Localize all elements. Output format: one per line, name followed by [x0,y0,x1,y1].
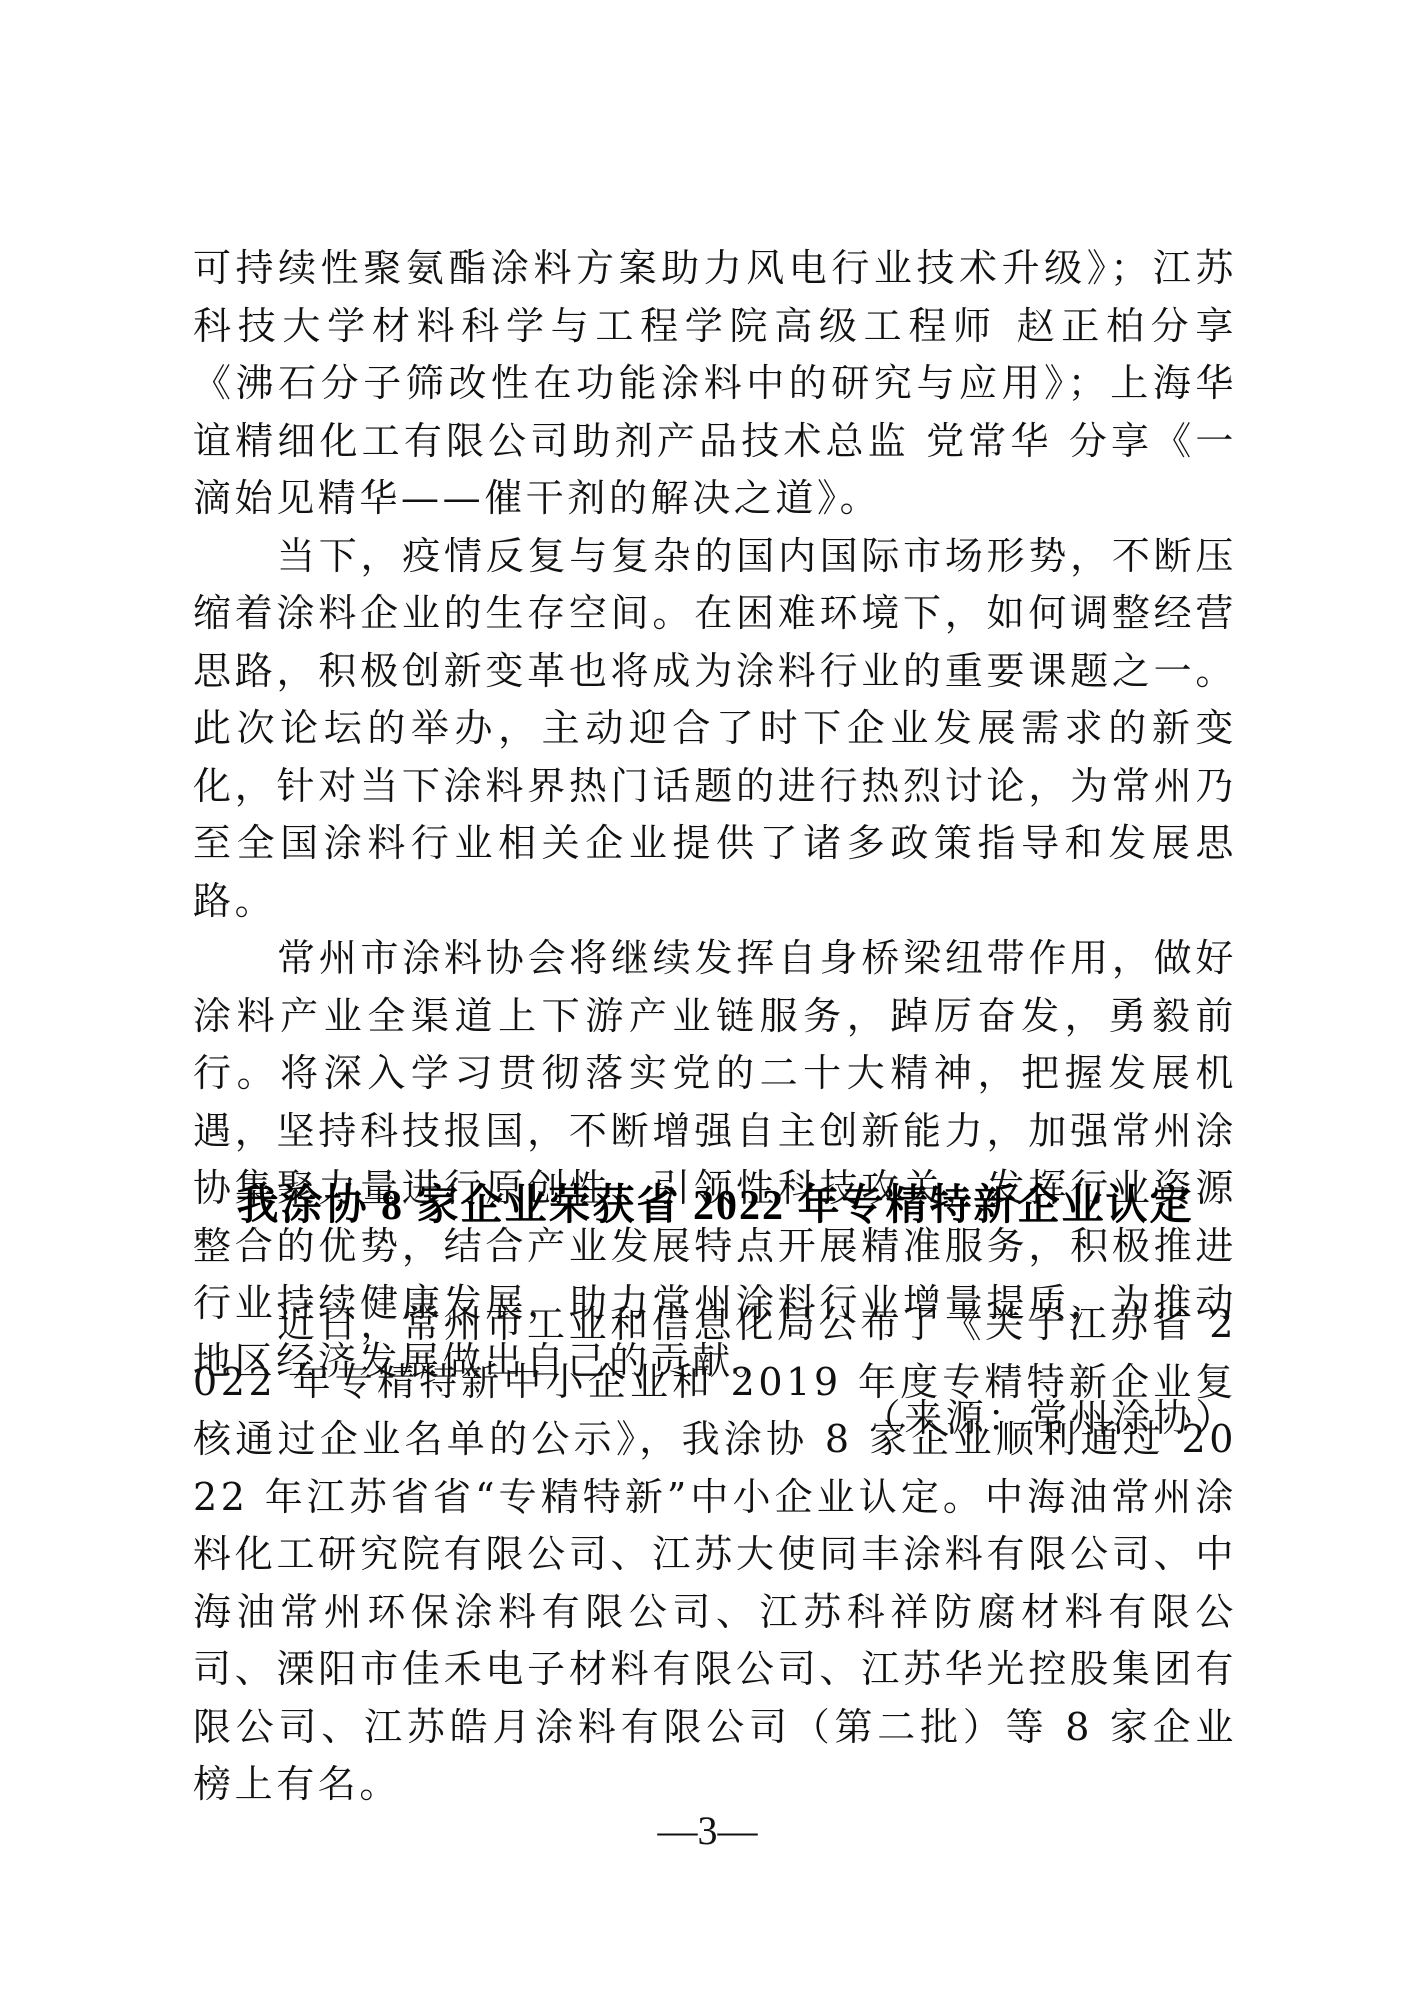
paragraph-certification-news: 近日，常州市工业和信息化局公布了《关于江苏省 2022 年专精特新中小企业和 2… [193,1296,1237,1814]
page-number: —3— [0,1806,1415,1856]
article-continuation: 可持续性聚氨酯涂料方案助力风电行业技术升级》；江苏科技大学材料科学与工程学院高级… [193,240,1237,1448]
article-title: 我涂协 8 家企业荣获省 2022 年专精特新企业认定 [193,1176,1237,1236]
paragraph-market-situation: 当下，疫情反复与复杂的国内国际市场形势，不断压缩着涂料企业的生存空间。在困难环境… [193,528,1237,931]
paragraph-speakers: 可持续性聚氨酯涂料方案助力风电行业技术升级》；江苏科技大学材料科学与工程学院高级… [193,240,1237,528]
article-body: 近日，常州市工业和信息化局公布了《关于江苏省 2022 年专精特新中小企业和 2… [193,1296,1237,1814]
